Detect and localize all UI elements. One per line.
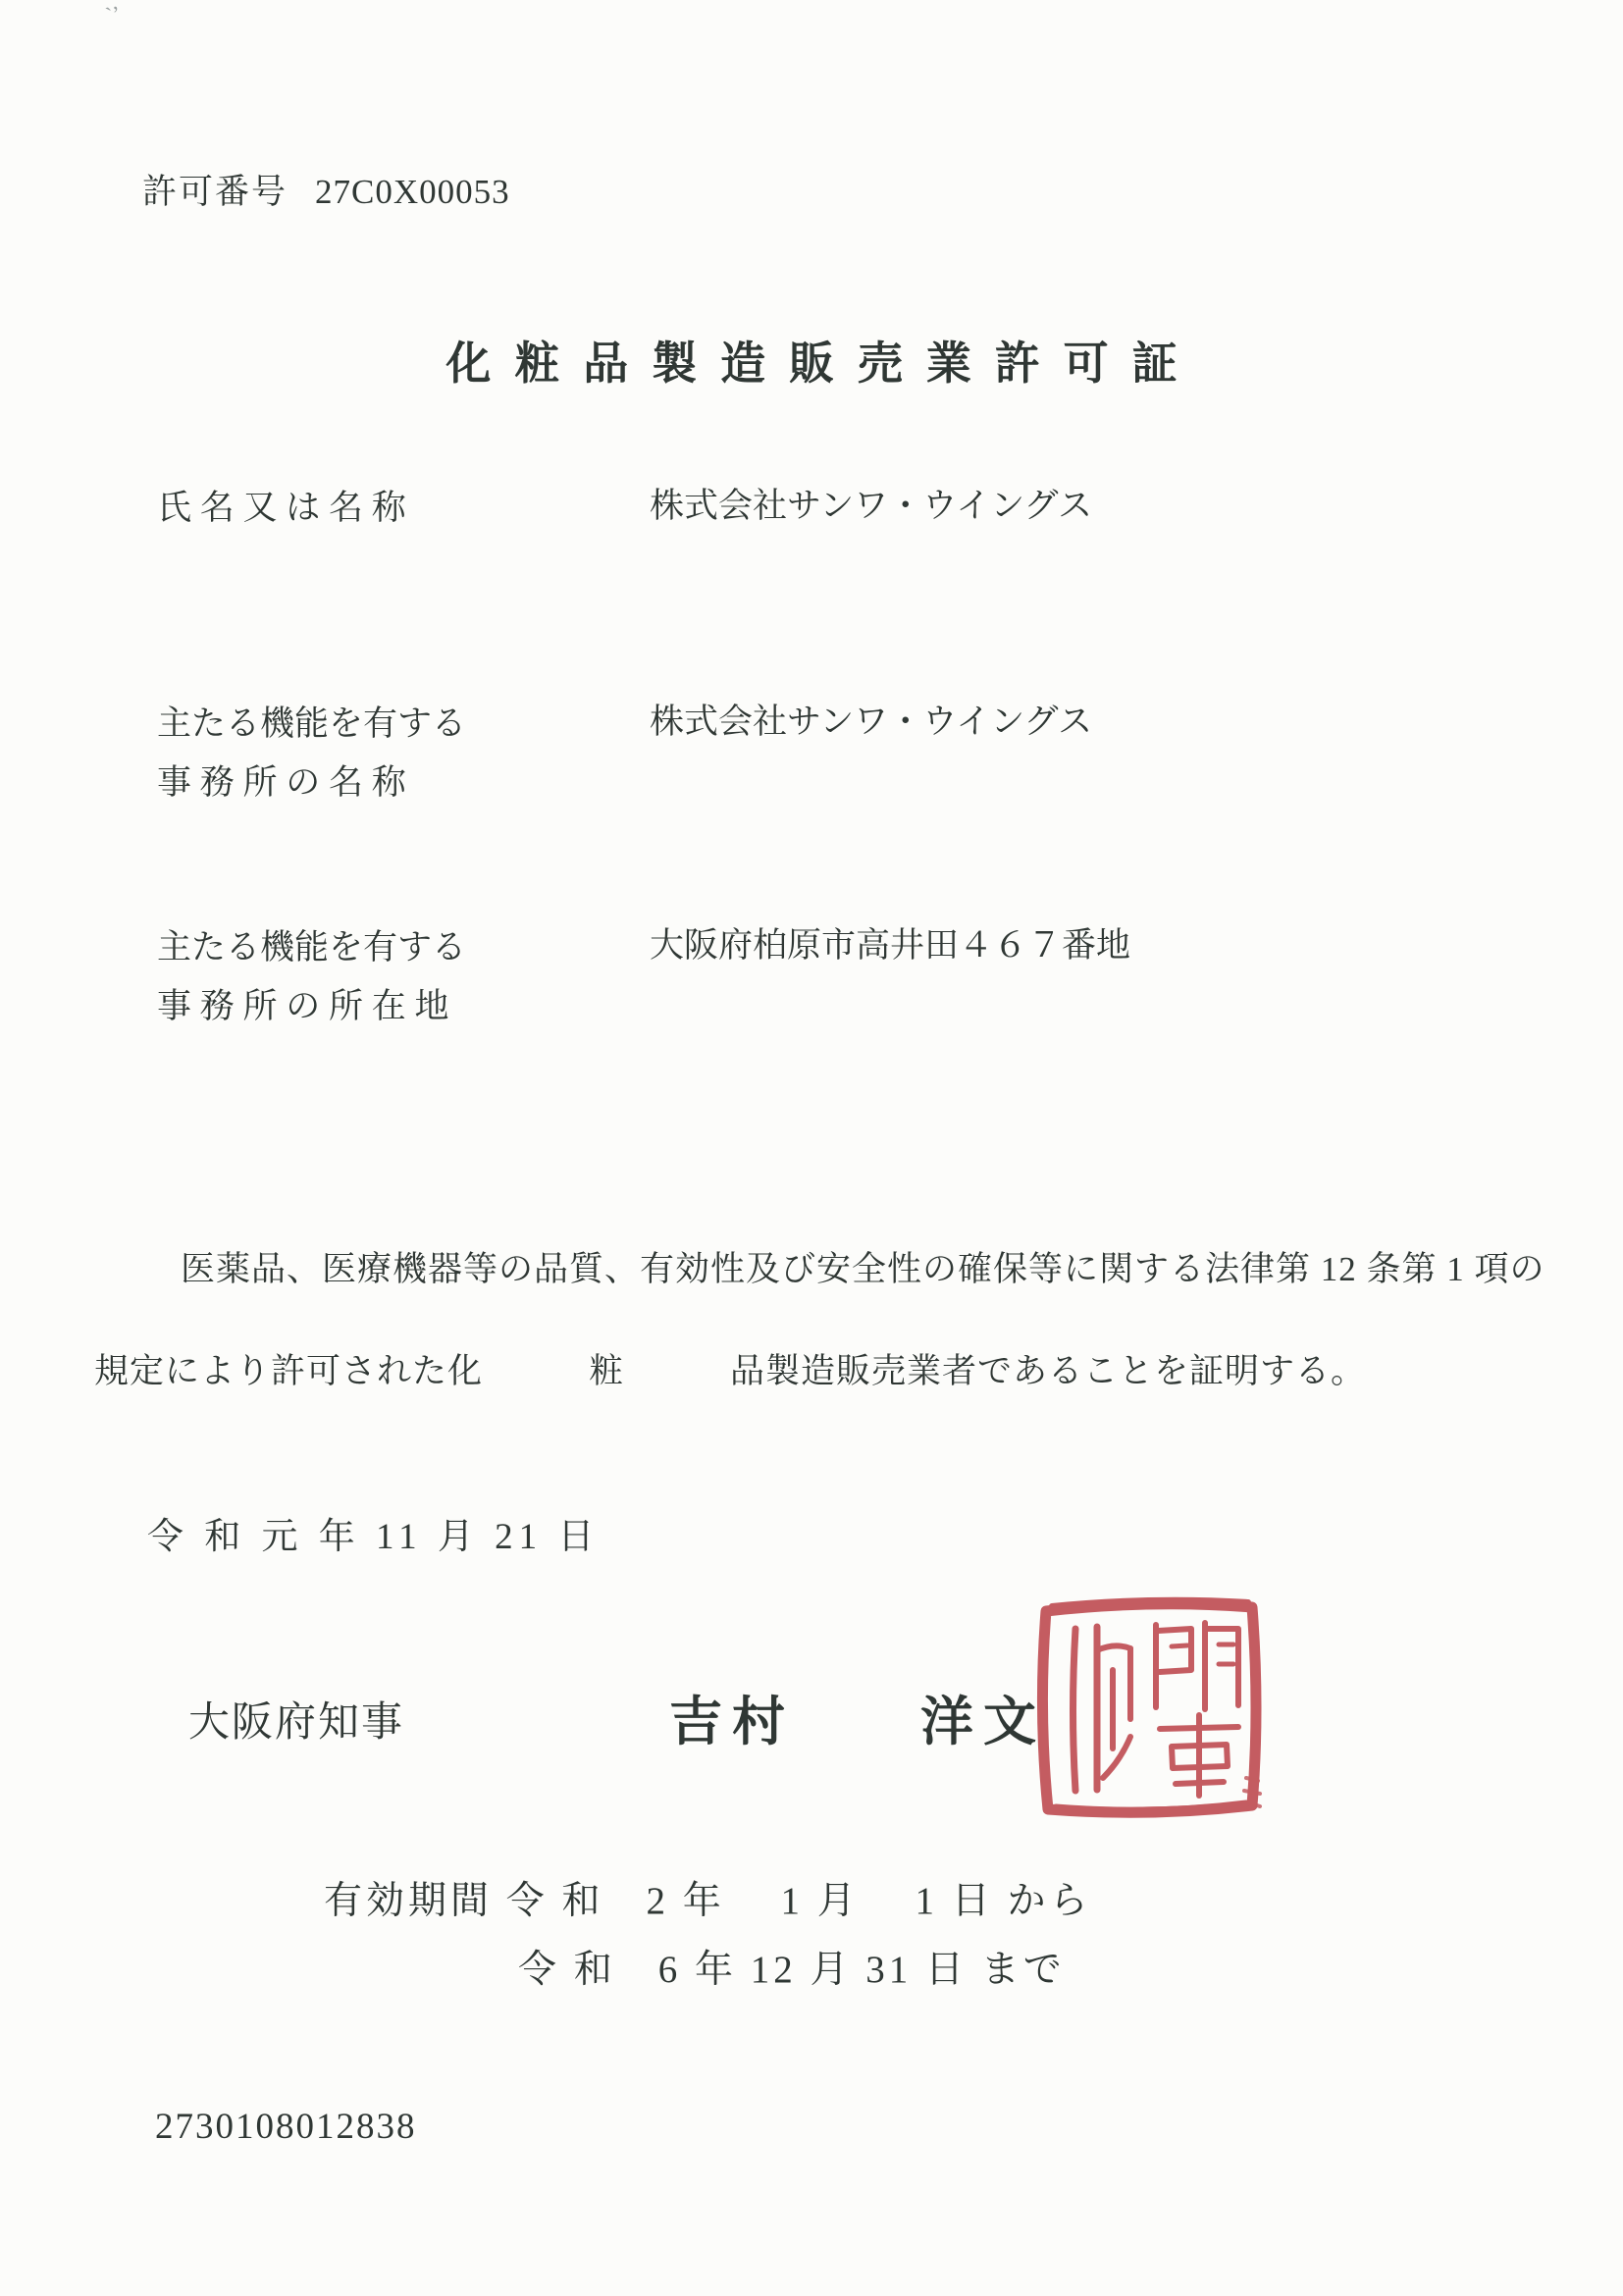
field-label-main-office-name: 主たる機能を有する事 務 所 の 名 称: [157, 695, 466, 812]
document-number: 2730108012838: [155, 2106, 417, 2148]
field-label-line2: 事 務 所 の 所 在 地: [157, 987, 449, 1025]
statement-line-1: 医薬品、医療機器等の品質、有効性及び安全性の確保等に関する法律第 12 条第 1…: [181, 1242, 1545, 1291]
field-label-line1: 主たる機能を有する: [157, 928, 466, 966]
field-label-line1: 主たる機能を有する: [157, 704, 466, 743]
license-certificate-page: `’ 許可番号27C0X00053 化粧品製造販売業許可証 氏 名 又 は 名 …: [0, 0, 1623, 2296]
statement-line-2: 規定により許可された化 粧 品製造販売業者であることを証明する。: [94, 1344, 1366, 1393]
field-value-main-office-address: 大阪府柏原市高井田４６７番地: [650, 918, 1130, 967]
issue-date: 令 和 元 年 11 月 21 日: [147, 1506, 600, 1559]
field-label-name: 氏 名 又 は 名 称: [157, 479, 406, 538]
issuer-title: 大阪府知事: [188, 1690, 404, 1748]
field-value-main-office-name: 株式会社サンワ・ウイングス: [650, 695, 1092, 744]
validity-period-to: 令 和 6 年 12 月 31 日 まで: [518, 1939, 1066, 1994]
field-label-main-office-address: 主たる機能を有する事 務 所 の 所 在 地: [157, 918, 466, 1036]
validity-period-from: 有効期間 令 和 2 年 1 月 1 日 から: [324, 1870, 1092, 1925]
field-label-line2: 事 務 所 の 名 称: [157, 763, 406, 802]
scan-artifact: `’: [103, 1, 123, 28]
document-title: 化粧品製造販売業許可証: [0, 328, 1623, 392]
issuer-name: 吉村 洋文: [669, 1680, 1046, 1755]
governor-seal-icon: [1026, 1590, 1276, 1833]
permit-number-label: 許可番号: [142, 173, 288, 211]
field-value-name: 株式会社サンワ・ウイングス: [650, 479, 1092, 528]
permit-number-line: 許可番号27C0X00053: [142, 165, 510, 214]
permit-number-value: 27C0X00053: [315, 173, 510, 211]
